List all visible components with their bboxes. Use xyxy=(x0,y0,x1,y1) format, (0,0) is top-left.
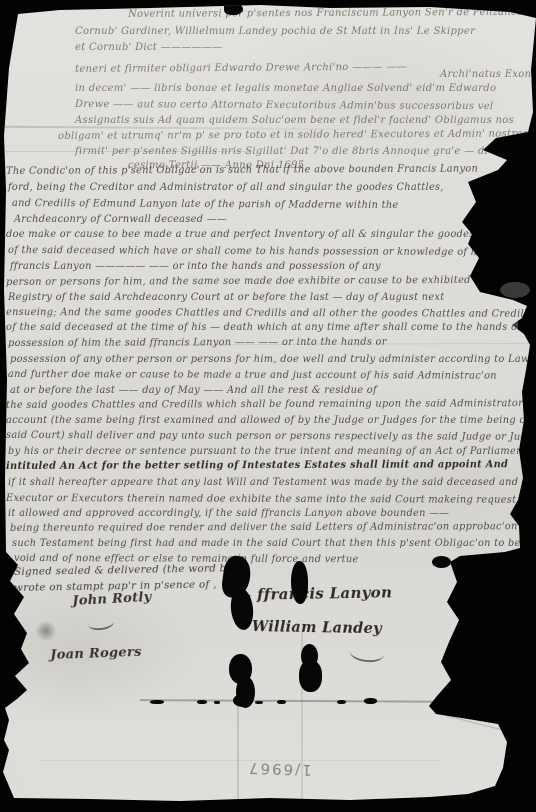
photo-background: Noverint universi per p'sentes nos Franc… xyxy=(0,0,536,812)
fold-ink-mark xyxy=(436,697,453,706)
document-paper: Noverint universi per p'sentes nos Franc… xyxy=(0,0,536,812)
photo-vignette xyxy=(0,0,536,812)
paper-tear-shadow xyxy=(500,282,530,298)
